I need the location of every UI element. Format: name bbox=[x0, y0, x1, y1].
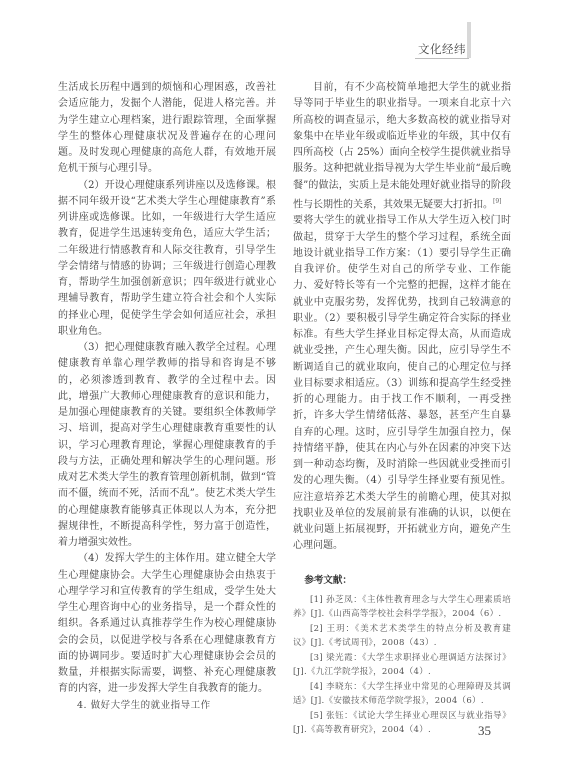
body-paragraph: （4）发挥大学生的主体作用。建立健全大学生心理健康协会。大学生心理健康协会由热衷… bbox=[58, 551, 276, 697]
page-number: 35 bbox=[478, 723, 491, 739]
citation-mark: [9] bbox=[493, 198, 502, 205]
body-paragraph: （3）把心理健康教育融入教学全过程。心理健康教育单靠心理学教师的指导和咨询是不够… bbox=[58, 340, 276, 551]
right-column: 目前，有不少高校简单地把大学生的就业指导等同于毕业生的职业指导。一项来自北京十六… bbox=[293, 80, 511, 738]
reference-item: [3] 梁光霞：《大学生求职择业心理调适方法探讨》[J].《九江学院学报》，20… bbox=[293, 651, 511, 680]
section-subheading: 4. 做好大学生的就业指导工作 bbox=[58, 698, 276, 714]
body-paragraph: 目前，有不少高校简单地把大学生的就业指导等同于毕业生的职业指导。一项来自北京十六… bbox=[293, 80, 511, 213]
reference-item: [1] 孙芝凤：《主体性教育理念与大学生心理素质培养》[J].《山西高等学校社会… bbox=[293, 593, 511, 622]
references-section: 参考文献： [1] 孙芝凤：《主体性教育理念与大学生心理素质培养》[J].《山西… bbox=[293, 573, 511, 738]
body-paragraph: 生活成长历程中遇到的烦恼和心理困惑，改善社会适应能力，发掘个人潜能，促进人格完善… bbox=[58, 80, 276, 178]
reference-item: [2] 王玥：《美术艺术类学生的特点分析及教育建议》[J].《考试周刊》，200… bbox=[293, 622, 511, 651]
body-paragraph: 要将大学生的就业指导工作从大学生迈入校门时做起，贯穿于大学生的整个学习过程，系统… bbox=[293, 213, 511, 554]
reference-item: [4] 李晓东：《大学生择业中常见的心理障碍及其调适》[J].《安徽技术师范学院… bbox=[293, 680, 511, 709]
section-label: 文化经纬 bbox=[415, 40, 469, 59]
body-paragraph: （2）开设心理健康系列讲座以及选修课。根据不同年级开设“艺术类大学生心理健康教育… bbox=[58, 178, 276, 341]
references-title: 参考文献： bbox=[293, 573, 511, 589]
left-column: 生活成长历程中遇到的烦恼和心理困惑，改善社会适应能力，发掘个人潜能，促进人格完善… bbox=[58, 80, 276, 714]
body-paragraph-text: 目前，有不少高校简单地把大学生的就业指导等同于毕业生的职业指导。一项来自北京十六… bbox=[293, 82, 511, 210]
